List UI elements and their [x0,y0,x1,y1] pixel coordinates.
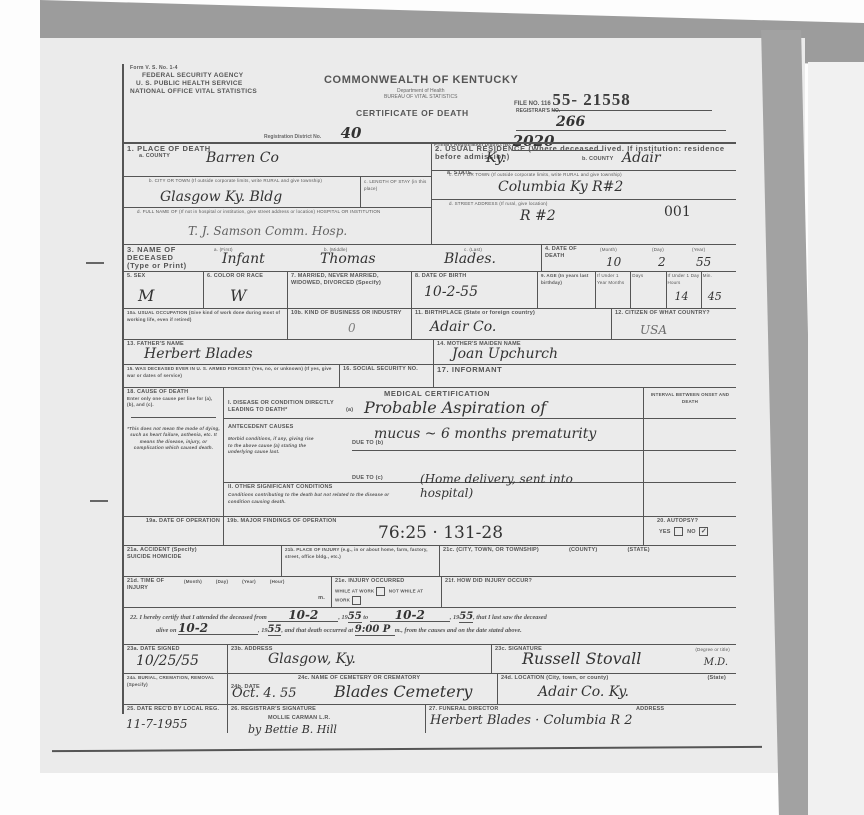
death-city-label: b. CITY OR TOWN (If outside corporate li… [127,178,357,185]
time-year-label: (Year) [242,579,256,586]
agency-line: FEDERAL SECURITY AGENCY [142,72,257,80]
row-occupation: 10a. USUAL OCCUPATION (Give kind of work… [124,309,736,340]
physician-address-value: Glasgow, Ky. [268,651,356,667]
age-minutes-col: Min.45 [702,272,736,308]
divider [644,450,736,451]
accident-label: 21a. ACCIDENT (Specify) SUICIDE HOMICIDE [127,547,207,560]
birthplace-field: 11. BIRTHPLACE (State or foreign country… [412,309,612,339]
divider [131,417,216,418]
cemetery-label: 24c. NAME OF CEMETERY OR CREMATORY [298,675,420,682]
form-number: Form V. S. No. 1-4 [130,64,257,72]
cert-text: , that I last saw the deceased [473,614,547,621]
date-signed-value: 10/25/55 [136,653,199,669]
death-county-field: 1. PLACE OF DEATH a. COUNTY Barren Co [124,144,431,177]
age-under-one-field: If Under 1 Year Months Days If Under 1 D… [596,272,736,308]
time-columns: (Month) (Day) (Year) (Hour) [184,579,285,586]
funeral-address-label: ADDRESS [636,706,664,713]
burial-location-label: 24d. LOCATION (City, town, or county) [501,675,733,682]
age-field: 9. AGE (In years last birthday) [538,272,596,308]
row-parents: 13. FATHER'S NAME Herbert Blades 14. MOT… [124,340,736,365]
burial-type-label: 24a. BURIAL, CREMATION, REMOVAL (Specify… [127,675,224,688]
death-time-value: 9:00 P [355,624,395,636]
residence-city-value: Columbia Ky R#2 [498,179,623,195]
autopsy-no-checkbox[interactable]: ✓ [699,527,708,536]
length-of-stay-field: c. LENGTH OF STAY (in this place) [361,177,431,207]
death-month-value: 10 [606,255,621,269]
injury-occurred-label: 21e. INJURY OCCURRED [335,578,438,585]
registrar-number-value: 266 [516,114,726,131]
cause-instruction: Enter only one cause per line for (a), (… [127,396,220,409]
time-of-injury-label: 21d. TIME OF INJURY [127,578,167,591]
morbid-label: Morbid conditions, if any, giving rise t… [228,436,318,456]
physician-signature-field: 23c. SIGNATURE (Degree or title) Russell… [492,645,736,673]
sex-field: 5. SEX M [124,272,204,308]
citizenship-label: 12. CITIZEN OF WHAT COUNTRY? [615,310,733,317]
cause-of-death-field: MEDICAL CERTIFICATION I. DISEASE OR COND… [224,388,644,516]
cert-text: 22. I hereby certify that I attended the… [130,614,267,621]
informant-label: 17. INFORMANT [437,366,733,374]
department-line: BUREAU OF VITAL STATISTICS [384,94,457,100]
place-of-death-section: 1. PLACE OF DEATH a. COUNTY Barren Co b.… [124,144,432,244]
time-suffix: m. [318,595,325,602]
age-minutes-value: 45 [708,290,722,303]
death-day-label: (Day) [652,247,664,254]
age-months-col: If Under 1 Year Months [596,272,631,308]
date-of-death-field: 4. DATE OF DEATH (Month) (Day) (Year) 10… [542,245,736,271]
row-armed-forces: 15. WAS DECEASED EVER IN U. S. ARMED FOR… [124,365,736,388]
armed-forces-label: 15. WAS DECEASED EVER IN U. S. ARMED FOR… [127,366,336,379]
row-injury-time: 21d. TIME OF INJURY (Month) (Day) (Year)… [124,577,736,608]
hospital-label: d. FULL NAME OF (If not in hospital or i… [127,209,428,216]
death-day-value: 2 [658,255,666,269]
time-of-injury-field: 21d. TIME OF INJURY (Month) (Day) (Year)… [124,577,332,607]
burial-location-field: 24d. LOCATION (City, town, or county) (S… [498,674,736,704]
occupation-field: 10a. USUAL OCCUPATION (Give kind of work… [124,309,288,339]
autopsy-label: 20. AUTOPSY? [647,518,733,525]
residence-state-field: 2. USUAL RESIDENCE (Where deceased lived… [432,144,736,171]
row-operation: 19a. DATE OF OPERATION 19b. MAJOR FINDIN… [124,517,736,546]
hospital-value: T. J. Samson Comm. Hosp. [188,224,347,238]
age-days-label: Days [632,273,664,280]
funeral-director-value: Herbert Blades · Columbia R 2 [430,713,633,728]
business-value: 0 [348,321,356,335]
part1-label: I. DISEASE OR CONDITION DIRECTLY LEADING… [228,400,358,413]
date-received-value: 11-7-1955 [126,717,188,731]
injury-city-label: 21c. (CITY, TOWN, OR TOWNSHIP) [443,547,539,554]
age-hours-col: If Under 1 Day Hours14 [667,272,702,308]
department-block: Department of Health BUREAU OF VITAL STA… [384,88,457,100]
row-signature: 23a. DATE SIGNED 10/25/55 23b. ADDRESS G… [124,645,736,674]
row-medical: 18. CAUSE OF DEATH Enter only one cause … [124,388,736,517]
autopsy-yes-label: YES [659,528,671,534]
residence-county-value: Adair [622,150,661,166]
injury-occurred-options: WHILE AT WORK NOT WHILE AT WORK [335,587,438,605]
mother-name-field: 14. MOTHER'S MAIDEN NAME Joan Upchurch [434,340,736,364]
due-to-c-label: DUE TO (c) [352,475,383,482]
physician-address-field: 23b. ADDRESS Glasgow, Ky. [228,645,492,673]
registration-district-value: 40 [323,124,411,143]
last-seen-year: 55 [268,624,282,636]
middle-name-value: Thomas [320,251,376,267]
last-name-value: Blades. [444,251,496,267]
part2-value: (Home delivery, sent into hospital) [420,472,610,500]
form-grid: 1. PLACE OF DEATH a. COUNTY Barren Co b.… [124,142,736,733]
attended-from-year: 55 [348,611,362,623]
social-security-field: 16. SOCIAL SECURITY NO. [340,365,434,387]
degree-value: M.D. [704,657,728,668]
time-day-label: (Day) [216,579,228,586]
deceased-name-field: 3. NAME OF DECEASED (Type or Print) a. (… [124,245,542,271]
death-month-label: (Month) [600,247,617,254]
injury-location-field: 21c. (CITY, TOWN, OR TOWNSHIP) (COUNTY) … [440,546,736,576]
while-at-work-label: WHILE AT WORK [335,588,374,593]
registrar-number: REGISTRAR'S NO. 266 [516,108,736,131]
deceased-name-label: 3. NAME OF DECEASED (Type or Print) [127,246,197,270]
citizenship-field: 12. CITIZEN OF WHAT COUNTRY? USA [612,309,736,339]
funeral-director-field: 27. FUNERAL DIRECTOR ADDRESS Herbert Bla… [426,705,736,733]
physician-signature-value: Russell Stovall [522,649,641,668]
burial-location-value: Adair Co. Ky. [538,684,629,700]
row-burial: 24a. BURIAL, CREMATION, REMOVAL (Specify… [124,674,736,705]
part2-instruction: Conditions contributing to the death but… [228,492,408,505]
attended-to-year: 55 [459,611,473,623]
date-signed-field: 23a. DATE SIGNED 10/25/55 [124,645,228,673]
hospital-field: d. FULL NAME OF (If not in hospital or i… [124,208,431,248]
autopsy-no-label: NO [687,528,696,534]
operation-findings-field: 19b. MAJOR FINDINGS OF OPERATION 76:25 ·… [224,517,644,545]
registration-district: Registration District No. 40 [264,124,411,143]
date-signed-label: 23a. DATE SIGNED [127,646,224,653]
age-hours-value: 14 [675,290,689,303]
autopsy-options: YES NO ✓ [647,527,733,536]
adjacent-page-edge [808,62,864,815]
degree-label: (Degree or title) [695,647,730,654]
birthplace-label: 11. BIRTHPLACE (State or foreign country… [415,310,608,317]
citizenship-value: USA [640,323,667,337]
age-hours-label: If Under 1 Day Hours [668,273,700,286]
cert-text: alive on [156,627,176,634]
birthplace-value: Adair Co. [430,319,496,335]
marital-status-label: 7. MARRIED, NEVER MARRIED, WIDOWED, DIVO… [291,273,408,286]
row-certification: 22. I hereby certify that I attended the… [124,608,736,645]
operation-date-label: 19a. DATE OF OPERATION [127,518,220,525]
row-name: 3. NAME OF DECEASED (Type or Print) a. (… [124,245,736,272]
date-of-birth-field: 8. DATE OF BIRTH 10-2-55 [412,272,538,308]
row-place-residence: 1. PLACE OF DEATH a. COUNTY Barren Co b.… [124,144,736,245]
interval-field: INTERVAL BETWEEN ONSET AND DEATH [644,388,736,516]
race-label: 6. COLOR OR RACE [207,273,284,280]
line-a-label: (a) [346,407,353,414]
age-label: 9. AGE (In years last birthday) [541,273,592,286]
registrar-printed-name: MOLLIE CARMAN L.R. [268,715,330,722]
interval-label: INTERVAL BETWEEN ONSET AND DEATH [644,388,736,405]
autopsy-yes-checkbox[interactable] [674,527,683,536]
injury-county-label: (COUNTY) [569,547,598,554]
registrar-signature-value: by Bettie B. Hill [248,723,337,736]
burial-date-cemetery-field: 24b. DATE 24c. NAME OF CEMETERY OR CREMA… [228,674,498,704]
not-while-at-work-checkbox[interactable] [352,596,361,605]
file-number-label: FILE NO. 116 [514,101,551,107]
divider [644,418,736,419]
death-city-row: b. CITY OR TOWN (If outside corporate li… [124,177,431,208]
death-year-value: 55 [696,255,711,269]
residence-street-extra: 001 [664,204,691,220]
age-days-col: Days [631,272,666,308]
cemetery-value: Blades Cemetery [334,682,472,701]
row-registrar: 25. DATE REC'D BY LOCAL REG. 11-7-1955 2… [124,705,736,733]
attended-to-value: 10-2 [370,610,450,622]
usual-residence-section: 2. USUAL RESIDENCE (Where deceased lived… [432,144,736,244]
cert-text: to [363,614,368,621]
how-injury-label: 21f. HOW DID INJURY OCCUR? [445,578,733,585]
certificate-form: Form V. S. No. 1-4 FEDERAL SECURITY AGEN… [122,64,736,714]
operation-date-field: 19a. DATE OF OPERATION [124,517,224,545]
how-injury-field: 21f. HOW DID INJURY OCCUR? [442,577,736,607]
business-field: 10b. KIND OF BUSINESS OR INDUSTRY 0 [288,309,412,339]
residence-street-value: R #2 [520,208,556,224]
date-of-death-label: 4. DATE OF DEATH [545,246,585,259]
registration-district-label: Registration District No. [264,134,321,140]
occupation-label: 10a. USUAL OCCUPATION (Give kind of work… [127,310,284,323]
antecedent-label: ANTECEDENT CAUSES [228,424,293,431]
attended-from-value: 10-2 [268,610,338,622]
race-field: 6. COLOR OR RACE W [204,272,288,308]
residence-city-label: c. CITY OR TOWN (If outside corporate li… [435,172,733,179]
line-a-value: Probable Aspiration of [364,398,546,417]
line-b-value: mucus ~ 6 months prematurity [374,426,596,442]
informant-field: 17. INFORMANT [434,365,736,387]
margin-mark [90,500,108,502]
certification-statement: 22. I hereby certify that I attended the… [124,608,553,644]
first-name-value: Infant [222,251,265,267]
residence-street-field: d. STREET ADDRESS (If rural, give locati… [432,200,736,248]
business-label: 10b. KIND OF BUSINESS OR INDUSTRY [291,310,408,317]
registrar-signature-label: 26. REGISTRAR'S SIGNATURE [231,706,422,713]
injury-occurred-field: 21e. INJURY OCCURRED WHILE AT WORK NOT W… [332,577,442,607]
time-hour-label: (Hour) [270,579,285,586]
burial-date-value: Oct. 4. 55 [232,686,297,701]
agency-line: U. S. PUBLIC HEALTH SERVICE [136,80,257,88]
death-city-field: b. CITY OR TOWN (If outside corporate li… [124,177,361,207]
part2-label: II. OTHER SIGNIFICANT CONDITIONS [228,484,332,491]
while-at-work-checkbox[interactable] [376,587,385,596]
burial-type-field: 24a. BURIAL, CREMATION, REMOVAL (Specify… [124,674,228,704]
divider [644,482,736,483]
margin-mark [86,262,104,264]
certificate-title: CERTIFICATE OF DEATH [356,108,469,118]
death-county-value: Barren Co [206,150,279,166]
state-title: COMMONWEALTH OF KENTUCKY [324,74,518,86]
date-of-birth-value: 10-2-55 [424,284,478,300]
place-of-injury-field: 21b. PLACE OF INJURY (e.g., in or about … [282,546,440,576]
age-months-label: If Under 1 Year Months [597,273,629,286]
residence-county-label: b. COUNTY [582,156,613,163]
row-sex-race: 5. SEX M 6. COLOR OR RACE W 7. MARRIED, … [124,272,736,309]
father-name-value: Herbert Blades [144,346,253,362]
time-month-label: (Month) [184,579,202,586]
sex-label: 5. SEX [127,273,200,280]
social-security-label: 16. SOCIAL SECURITY NO. [343,366,430,373]
funeral-director-label: 27. FUNERAL DIRECTOR [429,706,733,713]
date-received-field: 25. DATE REC'D BY LOCAL REG. 11-7-1955 [124,705,228,733]
cert-text: , and that death occurred at [281,627,353,634]
sex-value: M [138,286,154,305]
autopsy-field: 20. AUTOPSY? YES NO ✓ [644,517,736,545]
date-received-label: 25. DATE REC'D BY LOCAL REG. [127,706,224,713]
marital-status-field: 7. MARRIED, NEVER MARRIED, WIDOWED, DIVO… [288,272,412,308]
age-minutes-label: Min. [703,273,735,280]
date-of-birth-label: 8. DATE OF BIRTH [415,273,534,280]
medical-certification-title: MEDICAL CERTIFICATION [384,390,490,398]
burial-location-state-label: (State) [707,675,726,682]
length-of-stay-label: c. LENGTH OF STAY (in this place) [364,179,428,192]
injury-state-label: (STATE) [627,547,649,554]
row-injury-place: 21a. ACCIDENT (Specify) SUICIDE HOMICIDE… [124,546,736,577]
divider [352,450,643,451]
armed-forces-field: 15. WAS DECEASED EVER IN U. S. ARMED FOR… [124,365,340,387]
accident-field: 21a. ACCIDENT (Specify) SUICIDE HOMICIDE [124,546,282,576]
injury-location-labels: 21c. (CITY, TOWN, OR TOWNSHIP) (COUNTY) … [443,547,733,554]
registrar-signature-field: 26. REGISTRAR'S SIGNATURE MOLLIE CARMAN … [228,705,426,733]
cause-of-death-instructions: 18. CAUSE OF DEATH Enter only one cause … [124,388,224,516]
residence-city-field: c. CITY OR TOWN (If outside corporate li… [432,171,736,200]
agency-line: NATIONAL OFFICE VITAL STATISTICS [130,88,257,96]
race-value: W [230,286,246,305]
cert-text: m., from the causes and on the date stat… [395,627,522,634]
residence-state-value: Ky. [486,150,506,166]
father-name-field: 13. FATHER'S NAME Herbert Blades [124,340,434,364]
cause-note: *This does not mean the mode of dying, s… [127,426,220,452]
agency-block: Form V. S. No. 1-4 FEDERAL SECURITY AGEN… [130,64,257,96]
death-city-value: Glasgow Ky. Bldg [160,189,282,205]
death-certificate: Form V. S. No. 1-4 FEDERAL SECURITY AGEN… [122,64,762,736]
divider [224,418,643,419]
death-county-label: a. COUNTY [139,153,428,160]
operation-findings-value: 76:25 · 131-28 [378,523,503,543]
mother-name-value: Joan Upchurch [452,346,558,362]
death-year-label: (Year) [692,247,705,254]
last-seen-value: 10-2 [178,623,258,635]
place-of-injury-label: 21b. PLACE OF INJURY (e.g., in or about … [285,547,436,560]
